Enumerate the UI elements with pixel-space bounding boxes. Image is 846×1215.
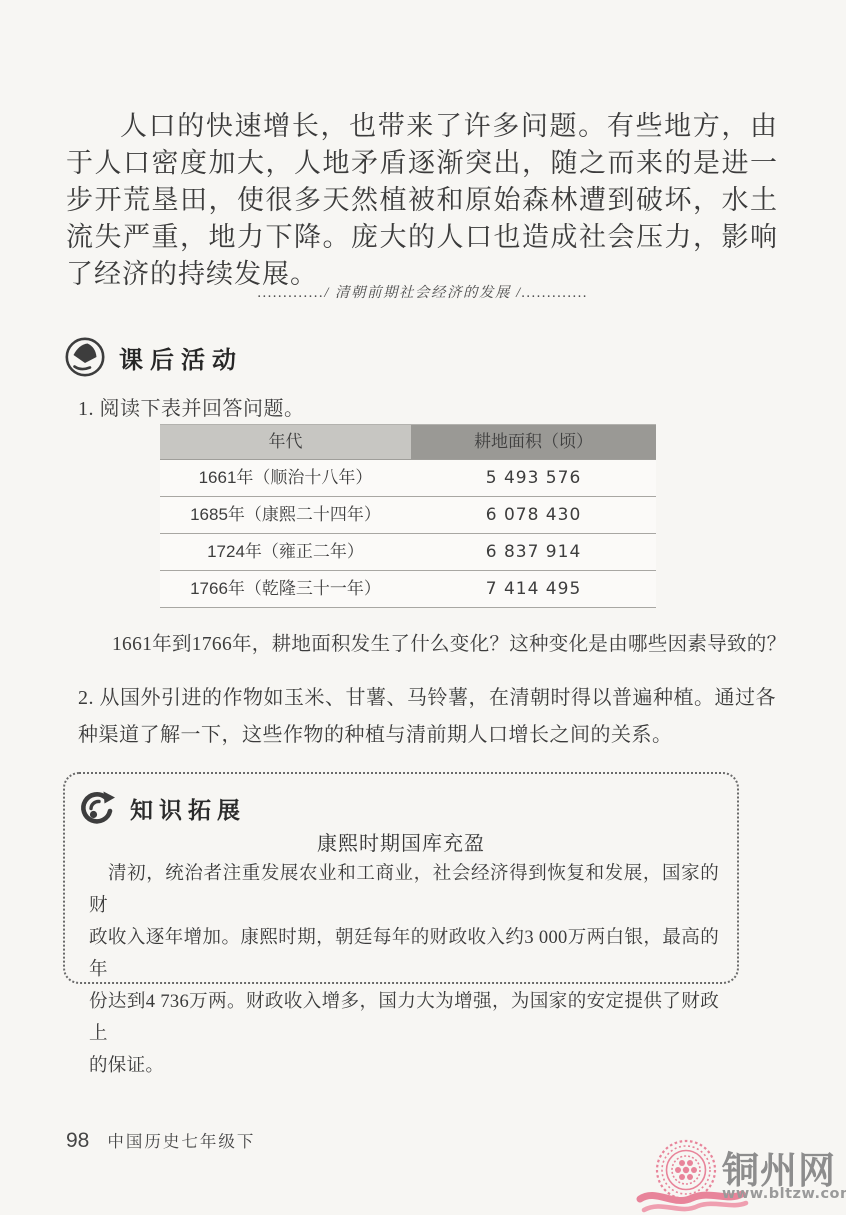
- table-cell-area: 6 078 430: [411, 497, 656, 533]
- paragraph-line: 的保证。: [89, 1050, 719, 1082]
- paragraph-line: 清初，统治者注重发展农业和工商业，社会经济得到恢复和发展，国家的财: [89, 858, 719, 922]
- section-divider: ............./ 清朝前期社会经济的发展 /............…: [0, 281, 846, 302]
- table-cell-year: 1724年（雍正二年）: [160, 534, 411, 570]
- activity-header-label: 课后活动: [119, 340, 243, 375]
- table-cell-year: 1766年（乾隆三十一年）: [160, 571, 411, 607]
- circular-arrow-icon: [78, 788, 118, 828]
- table-header-year: 年代: [160, 425, 411, 459]
- activity-item-1: 1. 阅读下表并回答问题。: [78, 392, 305, 421]
- table-header-area: 耕地面积（顷）: [411, 425, 656, 459]
- paragraph-line: 于人口密度加大，人地矛盾逐渐突出，随之而来的是进一: [66, 145, 778, 182]
- page-number: 98: [66, 1129, 89, 1153]
- paragraph-line: 政收入逐年增加。康熙时期，朝廷每年的财政收入约3 000万两白银，最高的年: [89, 922, 719, 986]
- table-cell-area: 5 493 576: [411, 460, 656, 496]
- paragraph-line: 种渠道了解一下，这些作物的种植与清前期人口增长之间的关系。: [78, 717, 776, 754]
- table-cell-year: 1661年（顺治十八年）: [160, 460, 411, 496]
- table-row: 1685年（康熙二十四年） 6 078 430: [160, 497, 656, 534]
- after-class-activity-header: 课后活动: [64, 336, 243, 378]
- activity-item-2: 2. 从国外引进的作物如玉米、甘薯、马铃薯，在清朝时得以普遍种植。通过各 种渠道…: [78, 680, 776, 754]
- paragraph-line: 2. 从国外引进的作物如玉米、甘薯、马铃薯，在清朝时得以普遍种植。通过各: [78, 680, 776, 717]
- table-row: 1724年（雍正二年） 6 837 914: [160, 534, 656, 571]
- book-title: 中国历史七年级下: [107, 1128, 255, 1152]
- table-row: 1766年（乾隆三十一年） 7 414 495: [160, 571, 656, 608]
- textbook-page: 人口的快速增长，也带来了许多问题。有些地方，由 于人口密度加大，人地矛盾逐渐突出…: [0, 0, 846, 1215]
- paragraph-line: 人口的快速增长，也带来了许多问题。有些地方，由: [66, 108, 778, 145]
- paragraph-line: 步开荒垦田，使很多天然植被和原始森林遭到破坏，水土: [66, 182, 778, 219]
- knowledge-expansion-box: 知识拓展 康熙时期国库充盈 清初，统治者注重发展农业和工商业，社会经济得到恢复和…: [63, 772, 739, 984]
- knowledge-box-header: 知识拓展: [78, 788, 246, 828]
- knowledge-title: 康熙时期国库充盈: [65, 827, 737, 856]
- page-footer: 98 中国历史七年级下: [66, 1128, 255, 1153]
- table-cell-area: 7 414 495: [411, 571, 656, 607]
- knowledge-body: 清初，统治者注重发展农业和工商业，社会经济得到恢复和发展，国家的财 政收入逐年增…: [89, 858, 719, 1082]
- paragraph-line: 流失严重，地力下降。庞大的人口也造成社会压力，影响: [66, 219, 778, 256]
- knowledge-header-label: 知识拓展: [130, 792, 246, 825]
- book-circle-icon: [64, 336, 106, 378]
- table-row: 1661年（顺治十八年） 5 493 576: [160, 460, 656, 497]
- land-area-table: 年代 耕地面积（顷） 1661年（顺治十八年） 5 493 576 1685年（…: [160, 424, 656, 608]
- table-question: 1661年到1766年，耕地面积发生了什么变化？这种变化是由哪些因素导致的？: [112, 628, 786, 656]
- table-cell-area: 6 837 914: [411, 534, 656, 570]
- watermark-site-url: www.bltzw.com: [722, 1186, 846, 1202]
- table-header-row: 年代 耕地面积（顷）: [160, 425, 656, 460]
- paragraph-line: 份达到4 736万两。财政收入增多，国力大为增强，为国家的安定提供了财政上: [89, 986, 719, 1050]
- table-cell-year: 1685年（康熙二十四年）: [160, 497, 411, 533]
- intro-paragraph: 人口的快速增长，也带来了许多问题。有些地方，由 于人口密度加大，人地矛盾逐渐突出…: [66, 108, 778, 293]
